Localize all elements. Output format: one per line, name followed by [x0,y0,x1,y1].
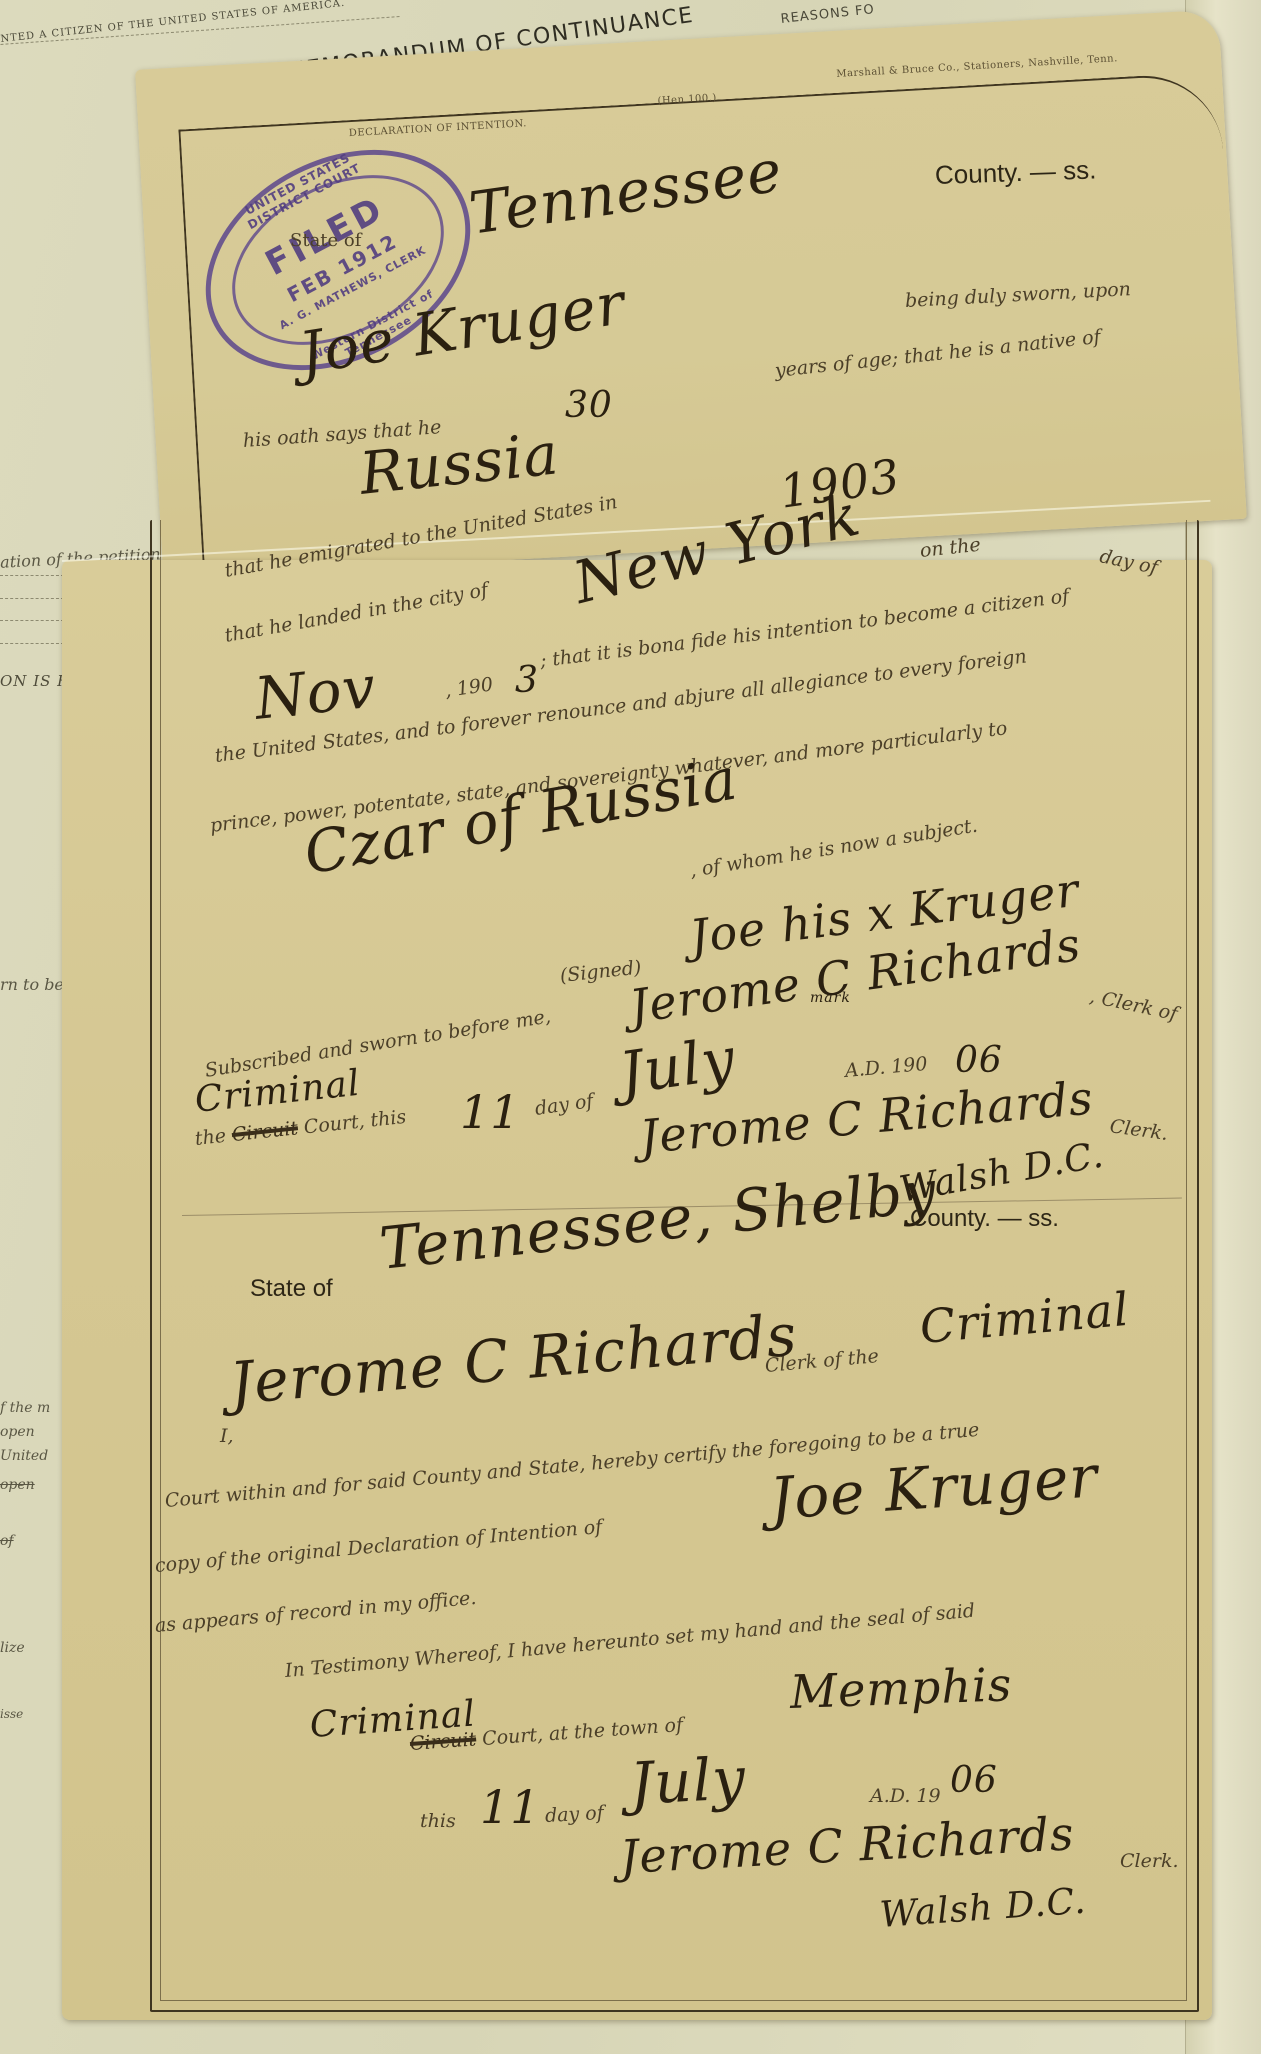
day-value: 11 [460,1085,521,1139]
age-value: 30 [565,385,613,426]
background-fragment: f the m [0,1400,50,1416]
background-fragment: open [0,1424,35,1440]
state-label-2: State of [250,1275,333,1303]
ad-text-2: A.D. 19 [870,1785,941,1807]
state-label: State of [290,230,361,251]
reasons-label: REASONS FO [780,2,876,27]
background-fragment: lize [0,1640,25,1656]
town-value: Memphis [789,1657,1013,1719]
day-value-2: 11 [480,1780,541,1834]
i-label: I, [220,1425,234,1447]
clerk-label-2: Clerk. [1120,1850,1179,1872]
court-struck-2: Circuit [409,1728,477,1755]
background-fragment: open [0,1477,35,1493]
background-fragment: rn to be [0,975,64,994]
printer-imprint: Marshall & Bruce Co., Stationers, Nashvi… [836,53,1118,80]
background-fragment: isse [0,1707,23,1721]
county-label-2: County. — ss. [910,1205,1059,1233]
this-text: this [420,1810,456,1832]
day-of-label-2: day of [544,1802,604,1827]
landed-month: Nov [251,652,379,732]
year-suffix: 3 [515,660,539,701]
month-value-2: July [628,1744,747,1818]
county-label: County. — ss. [934,154,1096,191]
year-value-2: 06 [950,1760,998,1801]
background-fragment: of [0,1533,14,1549]
year-value: 06 [955,1040,1003,1081]
background-fragment: United [0,1448,48,1464]
